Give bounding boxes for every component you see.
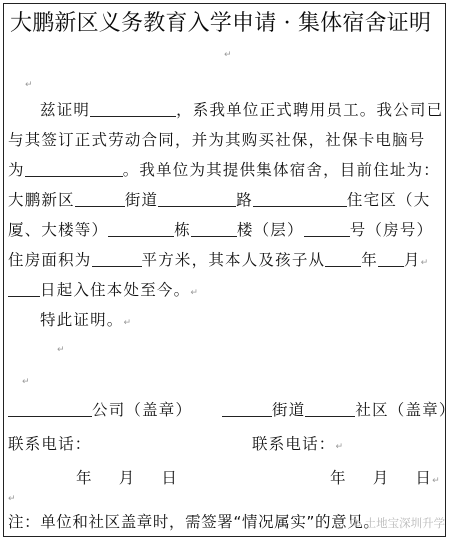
building-blank[interactable] [108, 220, 174, 237]
paragraph-mark-icon: ↵ [22, 377, 30, 387]
date-right: 年月日↵ [330, 468, 441, 491]
paragraph-mark-icon: ↵ [25, 80, 33, 90]
area-blank[interactable] [92, 250, 142, 267]
body-line-1: 兹证明，系我单位正式聘用员工。我公司已 [40, 100, 443, 120]
room-blank[interactable] [304, 220, 350, 237]
community-street-label: 街道 [272, 401, 305, 419]
body-line-7: 日起入住本处至今。↵ [8, 280, 199, 303]
building-type-label: 厦、大楼等） [8, 221, 108, 239]
month-blank[interactable] [378, 250, 404, 267]
social-security-number-blank[interactable] [25, 160, 123, 177]
community-seal-label: 社区（盖章） [355, 401, 452, 419]
year-blank[interactable] [325, 250, 361, 267]
company-seal-label: 公司（盖章） [92, 401, 192, 419]
community-seal-line: 街道社区（盖章） [222, 400, 452, 420]
area-unit-label: 平方米，其本人及孩子从 [142, 251, 326, 269]
line7-suffix: 日起入住本处至今。 [40, 281, 190, 299]
dong-label: 栋 [174, 221, 191, 239]
paragraph-mark-icon: ↵ [224, 50, 232, 60]
paragraph-mark-icon: ↵ [57, 345, 65, 355]
body-line-2: 与其签订正式劳动合同，并为其购买社保，社保卡电脑号 [8, 130, 426, 150]
paragraph-mark-icon: ↵ [124, 318, 133, 328]
date-right-day: 日 [415, 469, 432, 487]
date-left-year: 年 [76, 469, 93, 487]
body-line-4: 大鹏新区街道路住宅区（大 [8, 190, 430, 210]
room-label: 号（房号） [350, 221, 434, 239]
line3-prefix: 为 [8, 161, 25, 179]
wechat-icon [350, 518, 361, 527]
phone-right-label: 联系电话： [252, 435, 336, 453]
date-left-day: 日 [161, 469, 178, 487]
paragraph-mark-icon: ↵ [432, 476, 441, 486]
district-label: 大鹏新区 [8, 191, 75, 209]
estate-label: 住宅区（大 [347, 191, 431, 209]
floor-label: 楼（层） [237, 221, 304, 239]
body-line-3: 为。我单位为其提供集体宿舍，目前住址为： [8, 160, 440, 180]
closing-text: 特此证明。↵ [40, 310, 132, 333]
closing-label: 特此证明。 [40, 311, 124, 329]
paragraph-mark-icon: ↵ [421, 258, 430, 268]
road-blank[interactable] [158, 190, 236, 207]
certify-prefix: 兹证明 [40, 101, 90, 119]
community-street-blank[interactable] [222, 400, 272, 417]
month-label: 月 [404, 251, 421, 269]
body-line-5: 厦、大楼等）栋楼（层）号（房号） [8, 220, 433, 240]
street-blank[interactable] [75, 190, 125, 207]
street-label: 街道 [125, 191, 158, 209]
road-label: 路 [236, 191, 253, 209]
line3-suffix: 。我单位为其提供集体宿舍，目前住址为： [123, 161, 440, 179]
paragraph-mark-icon: ↵ [8, 494, 16, 504]
company-seal-line: 公司（盖章） [8, 400, 192, 420]
year-label: 年 [361, 251, 378, 269]
body-line-6: 住房面积为平方米，其本人及孩子从年月↵ [8, 250, 429, 273]
watermark: 土地宝深圳升学 [350, 515, 445, 531]
date-left-month: 月 [119, 469, 136, 487]
area-label: 住房面积为 [8, 251, 92, 269]
phone-right: 联系电话：↵ [252, 434, 344, 457]
line1-suffix: ，系我单位正式聘用员工。我公司已 [176, 101, 443, 119]
date-right-year: 年 [330, 469, 347, 487]
employee-name-blank[interactable] [90, 100, 176, 117]
watermark-text: 土地宝深圳升学 [365, 516, 446, 530]
note-text: 注：单位和社区盖章时，需签署“情况属实”的意见。 [8, 512, 379, 532]
phone-left: 联系电话： [8, 434, 92, 454]
community-name-blank[interactable] [305, 400, 355, 417]
date-right-month: 月 [373, 469, 390, 487]
paragraph-mark-icon: ↵ [336, 442, 345, 452]
date-left: 年月日 [76, 468, 178, 488]
day-blank[interactable] [8, 280, 40, 297]
estate-blank[interactable] [253, 190, 347, 207]
paragraph-mark-icon: ↵ [190, 288, 199, 298]
floor-blank[interactable] [191, 220, 237, 237]
company-name-blank[interactable] [8, 400, 92, 417]
document-title: 大鹏新区义务教育入学申请 · 集体宿舍证明 [10, 6, 431, 37]
